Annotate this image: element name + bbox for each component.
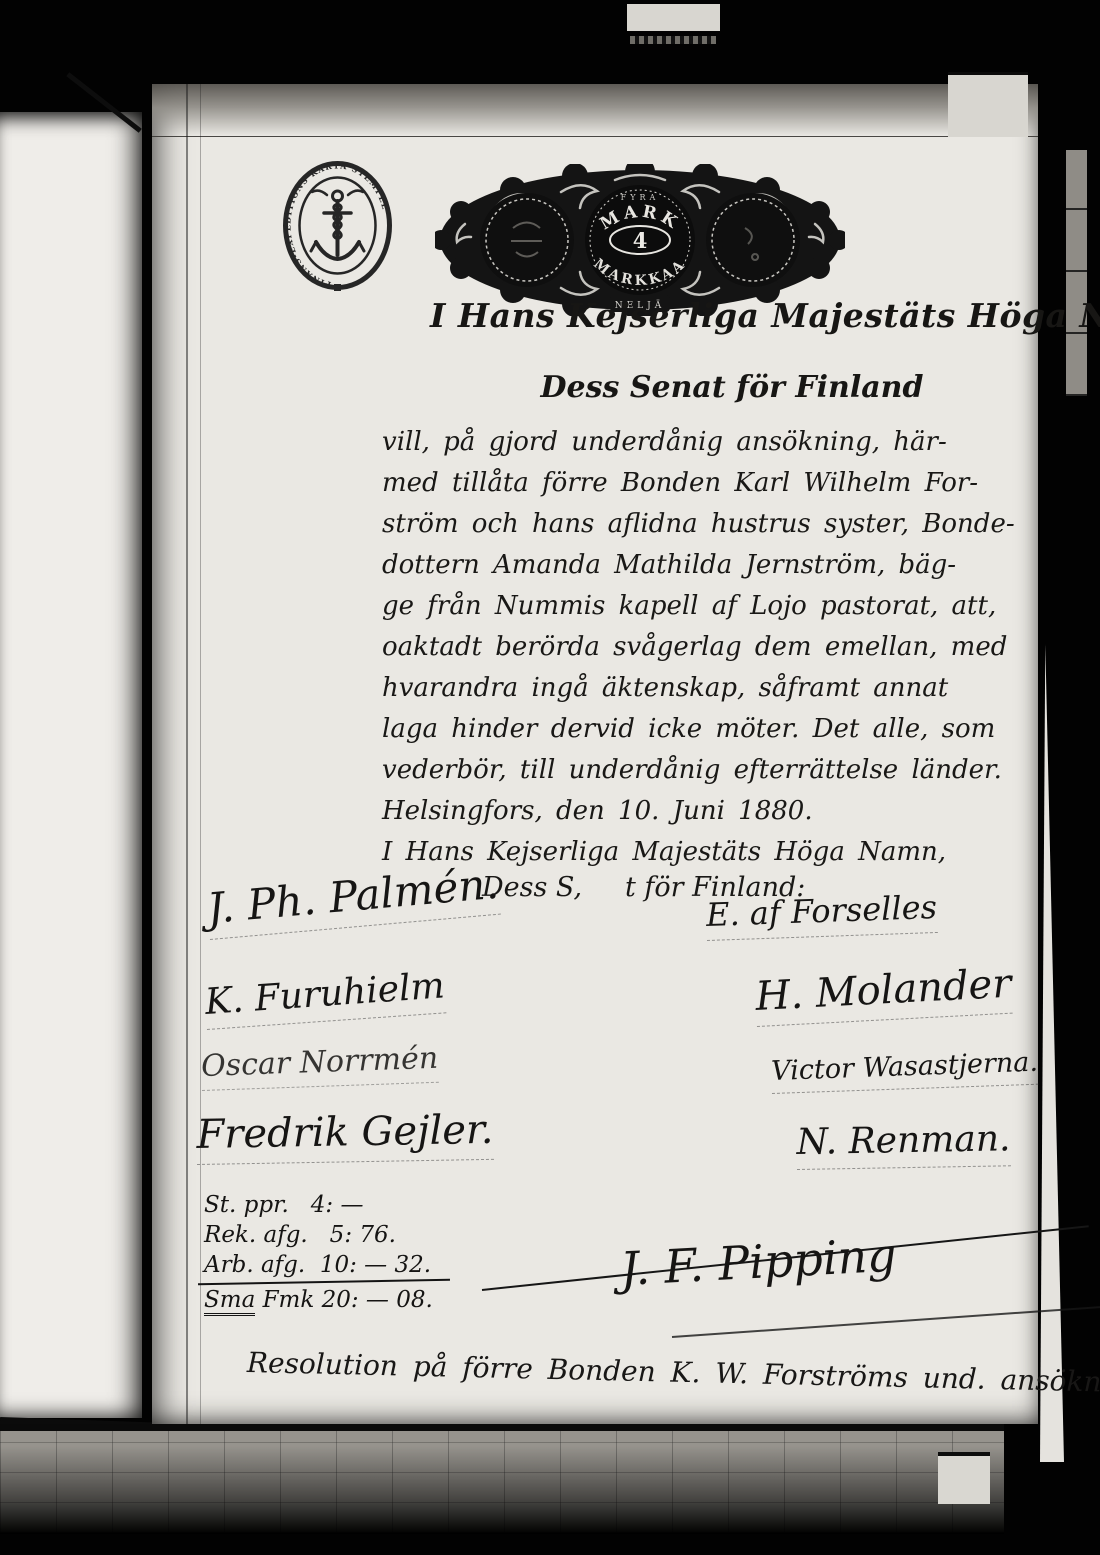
signature-flourish xyxy=(672,1303,1100,1338)
body-line: vill, på gjord underdånig ansökning, här… xyxy=(382,422,1062,463)
heading-line-1: I Hans Kejserliga Majestäts Höga Namn. xyxy=(430,296,1090,335)
signature-clerk: J. F. Pipping xyxy=(619,1228,898,1302)
page-top-shadow xyxy=(152,84,1038,137)
body-line: vederbör, till underdånig efterrättelse … xyxy=(382,750,1062,791)
body-line: ström och hans aflidna hustrus syster, B… xyxy=(382,504,1062,545)
docket-line: Resolution på förre Bonden K. W. Forströ… xyxy=(247,1346,1100,1400)
fee-line: St. ppr. 4: — xyxy=(204,1190,450,1220)
signature-senator: K. Furuhielm xyxy=(204,965,447,1030)
fee-total: Sma Fmk 20: — 08. xyxy=(204,1285,450,1315)
stamp-left-medallion xyxy=(480,193,574,287)
treasury-seal-graphic: FINANS-EXPEDITIONS KARTA STEMPEL xyxy=(280,158,395,293)
signature-senator: H. Molander xyxy=(754,961,1013,1027)
body-line: Helsingfors, den 10. Juni 1880. xyxy=(382,791,1062,832)
binding-crease xyxy=(186,84,188,1424)
body-line: laga hinder dervid icke möter. Det alle,… xyxy=(382,709,1062,750)
body-line: dottern Amanda Mathilda Jernström, bäg- xyxy=(382,545,1062,586)
signature-senator: Fredrik Gejler. xyxy=(196,1107,494,1165)
stamp-right-medallion xyxy=(706,193,800,287)
fee-table: St. ppr. 4: — Rek. afg. 5: 76. Arb. afg.… xyxy=(204,1190,450,1315)
paper-scrap xyxy=(938,1452,990,1504)
seal-bottom-ornament xyxy=(334,284,341,291)
stamp-value: 4 xyxy=(633,228,648,253)
document-page: FINANS-EXPEDITIONS KARTA STEMPEL xyxy=(152,84,1038,1424)
binding-crease xyxy=(200,84,201,1424)
body-line: hvarandra ingå äktenskap, såframt annat xyxy=(382,668,1062,709)
heading-line-2: Dess Senat för Finland xyxy=(452,370,1012,405)
body-line: ge från Nummis kapell af Lojo pastorat, … xyxy=(382,586,1062,627)
signature-senator: N. Renman. xyxy=(796,1118,1011,1170)
stamp-word-fyra: FYRA xyxy=(621,193,660,202)
page-top-tab xyxy=(627,4,720,31)
fee-total-value: Fmk 20: — 08. xyxy=(255,1287,433,1313)
previous-page-edge xyxy=(0,112,142,1418)
body-paragraph: vill, på gjord underdånig ansökning, här… xyxy=(382,422,1062,873)
signature-senator: E. af Forselles xyxy=(705,888,937,941)
fee-line: Arb. afg. 10: — 32. xyxy=(204,1250,450,1280)
scanned-document-photo: FINANS-EXPEDITIONS KARTA STEMPEL xyxy=(0,0,1100,1555)
body-line: med tillåta förre Bonden Karl Wilhelm Fo… xyxy=(382,463,1062,504)
treasury-seal: FINANS-EXPEDITIONS KARTA STEMPEL xyxy=(280,158,395,297)
signature-senator: J. Ph. Palmén. xyxy=(205,859,501,940)
fee-total-label: Sma xyxy=(204,1287,255,1316)
body-line: oaktadt berörda svågerlag dem emellan, m… xyxy=(382,627,1062,668)
anchor-caduceus-icon xyxy=(311,191,364,259)
revenue-stamp-graphic: FYRA MARK 4 MARKKAA NELJÄ xyxy=(435,164,845,316)
book-fore-edge xyxy=(1066,150,1087,396)
signature-senator: Oscar Norrmén xyxy=(201,1041,439,1091)
page-corner-tab xyxy=(948,72,1028,137)
page-top-tab-edge xyxy=(630,36,716,44)
fee-line: Rek. afg. 5: 76. xyxy=(204,1220,450,1250)
signature-senator: Victor Wasastjerna. xyxy=(771,1047,1039,1094)
table-shadow xyxy=(0,1424,1004,1534)
